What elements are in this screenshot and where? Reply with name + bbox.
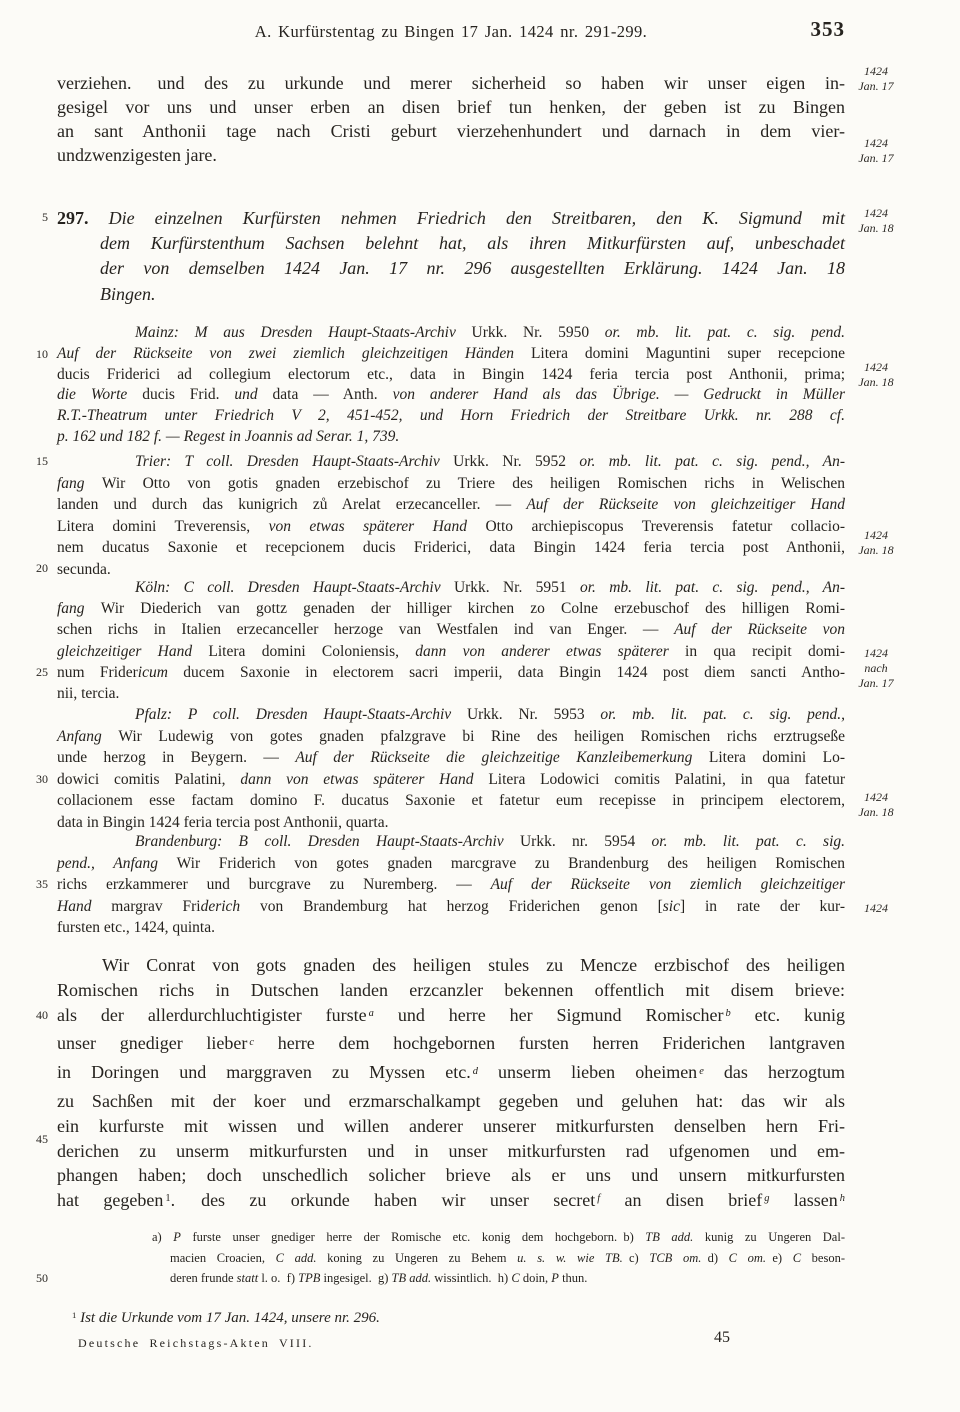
text-gap [131,88,157,89]
text-segment: an sant Anthonii tage nach Cristi geburt… [57,121,845,141]
source-note-trier-line: landen und durch das kunigrich zů Arelat… [57,494,845,516]
source-note-koeln-line: Köln: C coll. Dresden Haupt-Staats-Archi… [135,577,845,598]
text-segment: Litera domini Maguntini super recepcione [531,345,845,362]
source-note-koeln-line: schen richs in Italien erzecanceller her… [57,619,845,640]
print-line-number: 50 [22,1271,48,1286]
text-gap [175,1205,201,1206]
text-segment: or. mb. lit. pat. c. sig. pend. [605,324,845,341]
text-segment: schen richs in Italien erzecanceller her… [57,621,674,638]
document-text-line: derichen zu unserm mitkurfursten und in … [57,1139,845,1164]
text-segment: Litera domini Treverensis, [57,518,269,535]
print-line-number: 45 [22,1132,48,1147]
critical-apparatus-line: deren frunde statt l. o. f) TPB ingesige… [170,1268,845,1289]
margin-date-line: Jan. 17 [844,151,908,166]
margin-date: 1424Jan. 17 [844,64,908,94]
text-segment: dowici comitis Palatini, [57,771,240,788]
text-segment: or. mb. lit. pat. c. sig. pend., An- [580,579,845,596]
source-note-brandenburg-line: Brandenburg: B coll. Dresden Haupt-Staat… [135,831,845,853]
margin-date-line: 1424 [844,64,908,79]
margin-date-line: Jan. 18 [844,375,908,390]
critical-apparatus: a) P furste unser gnediger herre der Rom… [152,1227,845,1289]
text-segment: furste unser gnediger herre der Romische… [181,1230,645,1244]
text-segment: ducis Friderici ad collegium electorum e… [57,366,845,383]
text-segment: e [699,1066,704,1077]
source-note-koeln-line: fang Wir Diederich van gottz genaden der… [57,598,845,619]
text-segment: fang [57,600,101,617]
text-segment: Wir Conrat von gots gnaden des heiligen … [102,955,845,975]
text-segment: a [369,1008,374,1019]
text-segment: Köln: C coll. Dresden Haupt-Staats-Archi… [135,579,454,596]
text-segment: macien Croacien, [170,1251,276,1265]
text-segment: ] in rate der kur- [680,898,845,915]
text-segment: als der allerdurchluchtigister furste [57,1005,367,1025]
text-segment: b [725,1008,730,1019]
document-text-line: ein kurfurste mit wissen und willen ande… [57,1114,845,1139]
text-segment: or. mb. lit. pat. c. sig. pend., An- [579,453,845,470]
text-segment: Auf der Rückseite von ziemlich gleichzei… [491,876,845,893]
margin-date-line: 1424 [844,136,908,151]
text-segment: secunda. [57,561,111,578]
text-segment: und herre her Sigmund Romischer [374,1005,724,1025]
text-segment: d) [701,1251,728,1265]
entry-297-heading-line: der von demselben 1424 Jan. 17 nr. 296 a… [100,256,845,281]
closing-paragraph-nr296-line: gesigel vor uns und unser erben an disen… [57,95,845,119]
text-segment: von anderer Hand als das Übrige. — Gedru… [393,386,845,403]
text-segment: Romischen richs in Dutschen landen erzca… [57,980,845,1000]
text-segment: Otto archiepiscopus Treverensis fatetur … [485,518,845,535]
text-segment: dann von anderer etwas späterer [415,643,685,660]
text-segment: C [793,1251,801,1265]
text-segment: fursten etc., 1424, quinta. [57,919,215,936]
print-line-number: 5 [22,210,48,225]
document-text-line: als der allerdurchluchtigister furstea u… [57,1003,845,1032]
text-segment: Hand [57,898,111,915]
text-segment: in qua recipit domi- [685,643,845,660]
text-segment: p. 162 und 182 f. — Regest in Joannis ad… [57,428,399,445]
text-segment: landen und durch das kunigrich zů Arelat… [57,496,526,513]
text-segment: Ist die Urkunde vom 17 Jan. 1424, unsere… [76,1310,380,1326]
margin-date-line: Jan. 17 [844,79,908,94]
margin-date-line: 1424 [844,206,908,221]
text-segment: gesigel vor uns und unser erben an disen… [57,97,845,117]
source-note-mainz-line: die Worte ducis Frid. und data — Anth. v… [57,385,845,406]
margin-date: 1424Jan. 18 [844,790,908,820]
footnote-1: 1 Ist die Urkunde vom 17 Jan. 1424, unse… [70,1308,710,1329]
text-segment: 1 [72,1310,76,1320]
text-segment: richs erzkammerer und burcgrave zu Nurem… [57,876,491,893]
footnote-1-line: 1 Ist die Urkunde vom 17 Jan. 1424, unse… [70,1308,710,1329]
text-segment: unserm lieben oheimen [478,1062,697,1082]
print-line-number: 15 [22,454,48,469]
source-note-pfalz-line: dowici comitis Palatini, dann von etwas … [57,769,845,791]
text-segment: wissintlich. h) [431,1271,511,1285]
entry-297-heading-line: Bingen. [100,282,845,307]
text-segment: TCB om. [649,1251,701,1265]
text-segment: data — Anth. [273,386,393,403]
print-line-number: 30 [22,772,48,787]
text-segment: undzwenzigesten jare. [57,145,217,165]
sheet-number: 45 [714,1329,730,1347]
text-segment: or. mb. lit. pat. c. sig. [652,833,845,850]
margin-date: 1424Jan. 18 [844,360,908,390]
text-segment: Urkk. Nr. 5950 [472,324,605,341]
closing-paragraph-nr296-line: verziehen.und des zu urkunde und merer s… [57,71,845,95]
text-segment: g [764,1193,769,1204]
document-text-line: in Doringen und marggraven zu Myssen etc… [57,1060,845,1089]
text-segment: verziehen. [57,73,131,93]
text-segment: Anfang [57,728,118,745]
text-segment: TPB [298,1271,320,1285]
margin-date-line: Jan. 18 [844,221,908,236]
text-segment: Urkk. Nr. 5951 [454,579,580,596]
text-segment: ducem Saxonie in electorem sacri imperii… [168,664,845,681]
text-segment: doin, [520,1271,552,1285]
text-segment: thun. [559,1271,587,1285]
margin-date-line: 1424 [844,360,908,375]
document-text-line: Wir Conrat von gots gnaden des heiligen … [102,953,845,978]
source-note-pfalz-line: unde herzog in Beygern. — Auf der Rückse… [57,747,845,769]
text-segment: P [173,1230,181,1244]
text-segment: derich [201,898,241,915]
text-segment: c) [623,1251,650,1265]
text-segment: TB add. [645,1230,693,1244]
text-segment: Urkk. nr. 5954 [520,833,652,850]
margin-date-line: Jan. 18 [844,543,908,558]
text-segment: fang [57,475,102,492]
text-segment: pend., Anfang [57,855,177,872]
margin-date-line: nach [844,661,908,676]
page-number: 353 [57,17,845,42]
text-segment: Litera domini Lo- [709,749,845,766]
text-segment: Auf der Rückseite die gleichzeitige Kanz… [295,749,709,766]
text-segment: nem ducatus Saxonie et recepcionem ducis… [57,539,845,556]
text-segment: gleichzeitiger Hand [57,643,208,660]
text-segment: margrav Fri [111,898,200,915]
text-segment: lassen [769,1190,837,1210]
text-segment: derichen zu unserm mitkurfursten und in … [57,1141,845,1161]
source-note-koeln-line: gleichzeitiger Hand Litera domini Coloni… [57,641,845,662]
document-text: Wir Conrat von gots gnaden des heiligen … [57,953,845,1217]
text-segment: von Brandemburg hat herzog Friderichen g… [240,898,663,915]
text-segment: Mainz: M aus Dresden Haupt-Staats-Archiv [135,324,472,341]
source-note-brandenburg-line: richs erzkammerer und burcgrave zu Nurem… [57,874,845,896]
text-segment: d [473,1066,478,1077]
source-note-mainz-line: R.T.-Theatrum unter Friedrich V 2, 451-4… [57,406,845,427]
text-segment: . [171,1190,176,1210]
document-text-line: zu Sachßen mit der koer und erzmarschalk… [57,1089,845,1114]
margin-date-line: Jan. 17 [844,676,908,691]
text-segment: sic [663,898,680,915]
text-segment: koning zu Ungeren zu Behem [317,1251,518,1265]
entry-297-heading-line: dem Kurfürstenthum Sachsen belehnt hat, … [100,231,845,256]
text-segment: ducis Frid. [142,386,234,403]
source-note-pfalz-line: Pfalz: P coll. Dresden Haupt-Staats-Arch… [135,704,845,726]
text-segment: statt [237,1271,259,1285]
text-segment: und des zu urkunde und merer sicherheid … [157,73,845,93]
text-segment: TB add. [392,1271,432,1285]
source-note-mainz-line: Auf der Rückseite von zwei ziemlich glei… [57,344,845,365]
text-segment: a) [152,1230,173,1244]
print-line-number: 25 [22,665,48,680]
text-segment: Urkk. Nr. 5953 [467,706,600,723]
text-segment: num Frider [57,664,138,681]
text-segment: e) [766,1251,793,1265]
text-segment: herre dem hochgebornen fursten herren Fr… [254,1033,845,1053]
text-segment: Auf der Rückseite von gleichzeitiger Han… [526,496,845,513]
text-segment: Auf der Rückseite von [674,621,845,638]
text-segment: Die einzelnen Kurfürsten nehmen Friedric… [109,208,845,228]
text-segment: unde herzog in Beygern. — [57,749,295,766]
margin-date-line: 1424 [844,528,908,543]
text-segment: von etwas späterer Hand [269,518,486,535]
margin-date-line: 1424 [844,646,908,661]
print-line-number: 10 [22,347,48,362]
entry-297-heading: 297. Die einzelnen Kurfürsten nehmen Fri… [57,206,845,307]
text-segment: l. o. f) [258,1271,298,1285]
margin-date: 1424Jan. 18 [844,528,908,558]
source-note-trier-line: fang Wir Otto von gotis gnaden erzebisch… [57,473,845,495]
source-note-trier: Trier: T coll. Dresden Haupt-Staats-Arch… [57,451,845,580]
source-note-koeln: Köln: C coll. Dresden Haupt-Staats-Archi… [57,577,845,704]
entry-297-heading-line: 297. Die einzelnen Kurfürsten nehmen Fri… [57,206,845,231]
text-segment: ingesigel. g) [320,1271,391,1285]
print-line-number: 20 [22,561,48,576]
text-segment: nii, tercia. [57,685,119,702]
print-line-number: 35 [22,877,48,892]
text-segment: Wir Ludewig von gotes gnaden pfalzgrave … [118,728,845,745]
source-note-brandenburg: Brandenburg: B coll. Dresden Haupt-Staat… [57,831,845,939]
critical-apparatus-line: a) P furste unser gnediger herre der Rom… [152,1227,845,1248]
margin-date-line: 1424 [844,790,908,805]
text-segment: etc. kunig [731,1005,845,1025]
source-note-pfalz-line: collacionem esse factam domino F. ducatu… [57,790,845,812]
text-segment: dann von etwas späterer Hand [240,771,488,788]
text-segment: zu Sachßen mit der koer und erzmarschalk… [57,1091,845,1111]
text-segment: icum [138,664,168,681]
text-segment: hat gegeben [57,1190,163,1210]
source-note-mainz-line: Mainz: M aus Dresden Haupt-Staats-Archiv… [135,323,845,344]
text-segment: deren frunde [170,1271,237,1285]
text-segment: in Doringen und marggraven zu Myssen etc… [57,1062,471,1082]
text-segment: Bingen. [100,284,156,304]
source-note-koeln-line: num Fridericum ducem Saxonie in electore… [57,662,845,683]
text-segment: kunig zu Ungeren Dal- [693,1230,845,1244]
text-segment: das herzogtum [704,1062,845,1082]
text-segment: Auf der Rückseite von zwei ziemlich glei… [57,345,531,362]
text-segment: Litera Lodowici comitis Palatini, in qua… [488,771,845,788]
document-text-line: hat gegeben1.des zu orkunde haben wir un… [57,1188,845,1217]
closing-paragraph-nr296-line: undzwenzigesten jare. [57,143,845,167]
closing-paragraph-nr296-line: an sant Anthonii tage nach Cristi geburt… [57,119,845,143]
margin-date: 1424nachJan. 17 [844,646,908,691]
text-segment: h [840,1193,845,1204]
text-segment: or. mb. lit. pat. c. sig. pend., [600,706,845,723]
text-segment: 297. [57,208,109,228]
margin-date: 1424 [844,901,908,916]
document-text-line: phangen haben; doch unschedlich solicher… [57,1163,845,1188]
text-segment: Wir Otto von gotis gnaden erzebischof zu… [102,475,845,492]
text-segment: C [511,1271,519,1285]
source-note-brandenburg-line: Hand margrav Friderich von Brandemburg h… [57,896,845,918]
text-segment: der von demselben 1424 Jan. 17 nr. 296 a… [100,258,845,278]
source-note-trier-line: nem ducatus Saxonie et recepcionem ducis… [57,537,845,559]
text-segment: die Worte [57,386,142,403]
margin-date-line: Jan. 18 [844,805,908,820]
source-note-pfalz: Pfalz: P coll. Dresden Haupt-Staats-Arch… [57,704,845,834]
text-segment: R.T.-Theatrum unter Friedrich V 2, 451-4… [57,407,845,424]
closing-paragraph-nr296: verziehen.und des zu urkunde und merer s… [57,71,845,167]
print-line-number: 40 [22,1008,48,1023]
source-note-pfalz-line: Anfang Wir Ludewig von gotes gnaden pfal… [57,726,845,748]
text-segment: 1 [165,1193,170,1204]
document-text-line: unser gnediger lieberc herre dem hochgeb… [57,1031,845,1060]
text-segment: beson- [801,1251,845,1265]
text-segment: Brandenburg: B coll. Dresden Haupt-Staat… [135,833,520,850]
text-segment: und [234,386,272,403]
series-signature: Deutsche Reichstags-Akten VIII. [78,1336,314,1351]
source-note-trier-line: Litera domini Treverensis, von etwas spä… [57,516,845,538]
margin-date: 1424Jan. 18 [844,206,908,236]
text-segment: Litera domini Coloniensis, [208,643,415,660]
text-segment: f [597,1193,600,1204]
text-segment: des zu orkunde haben wir unser secret [201,1190,595,1210]
text-segment: phangen haben; doch unschedlich solicher… [57,1165,845,1185]
text-segment: u. s. w. wie TB. [517,1251,623,1265]
source-note-mainz: Mainz: M aus Dresden Haupt-Staats-Archiv… [57,323,845,448]
page: A. Kurfürstentag zu Bingen 17 Jan. 1424 … [0,0,960,1412]
text-segment: dem Kurfürstenthum Sachsen belehnt hat, … [100,233,845,253]
source-note-koeln-line: nii, tercia. [57,683,845,704]
text-segment: c [249,1037,254,1048]
text-segment: data in Bingin 1424 feria tercia post An… [57,814,388,831]
text-segment: Trier: T coll. Dresden Haupt-Staats-Arch… [135,453,453,470]
text-segment: C add. [276,1251,317,1265]
text-segment: collacionem esse factam domino F. ducatu… [57,792,845,809]
margin-date-line: 1424 [844,901,908,916]
text-segment: Wir Diederich van gottz genaden der hill… [101,600,845,617]
source-note-trier-line: Trier: T coll. Dresden Haupt-Staats-Arch… [135,451,845,473]
text-segment: ein kurfurste mit wissen und willen ande… [57,1116,845,1136]
text-segment: C om. [729,1251,766,1265]
text-segment: Urkk. Nr. 5952 [453,453,579,470]
source-note-brandenburg-line: fursten etc., 1424, quinta. [57,917,845,939]
text-segment: Wir Friderich von gotes gnaden marcgrave… [177,855,845,872]
critical-apparatus-line: macien Croacien, C add. koning zu Ungere… [170,1248,845,1269]
text-segment: P [551,1271,559,1285]
source-note-brandenburg-line: pend., Anfang Wir Friderich von gotes gn… [57,853,845,875]
text-segment: an disen brief [600,1190,762,1210]
source-note-mainz-line: p. 162 und 182 f. — Regest in Joannis ad… [57,427,845,448]
document-text-line: Romischen richs in Dutschen landen erzca… [57,978,845,1003]
text-segment: Pfalz: P coll. Dresden Haupt-Staats-Arch… [135,706,467,723]
margin-date: 1424Jan. 17 [844,136,908,166]
source-note-mainz-line: ducis Friderici ad collegium electorum e… [57,365,845,386]
text-segment: unser gnediger lieber [57,1033,247,1053]
